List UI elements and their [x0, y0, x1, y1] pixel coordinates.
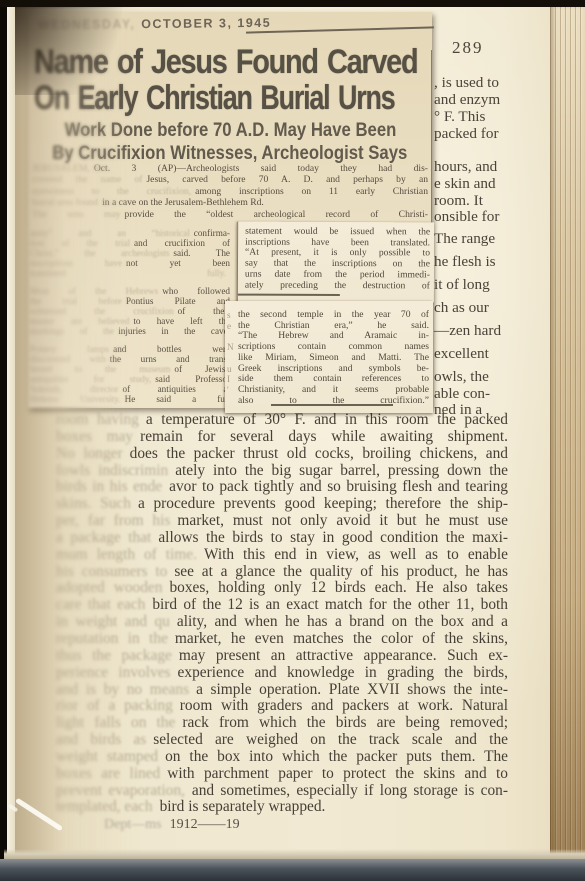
- book-text-line: adopted woodenboxes, holding only 12 bir…: [56, 580, 508, 597]
- book-text-fragment-line: , is used to: [434, 74, 499, 92]
- book-text-line: his consumers tosee at a glance the qual…: [56, 564, 508, 581]
- faded-text: adopted wooden: [56, 579, 162, 596]
- faded-text: mum length of time.: [56, 546, 197, 563]
- book-page-edges: [550, 5, 585, 881]
- clipping-subhead-line1: Work Done before 70 A.D. May Have Been: [28, 120, 432, 142]
- book-text-line: reputation in themarket, he even matches…: [56, 631, 508, 648]
- faded-text: anity” and an “historical: [30, 228, 190, 238]
- book-text-line: thus the packagemay present an attractiv…: [56, 648, 508, 665]
- clipping-text-line: JERUSALEM,Oct. 3 (AP)—Archeologists said…: [32, 163, 428, 174]
- book-text-line: a package thatallows the birds to stay i…: [56, 530, 508, 547]
- clipping-text-line: discovered withthe urns and trans-: [30, 354, 230, 364]
- book-text-fragment-line: ch as our: [434, 299, 489, 317]
- book-text-line: room havinga temperature of 30° F. and i…: [56, 412, 508, 429]
- clipping-text-line: Christ,” the archeologistssaid. The: [30, 248, 230, 258]
- clipping-text-line: The urns mayprovide the “oldest archeolo…: [32, 209, 428, 220]
- scan-top-border: [0, 0, 585, 7]
- clipping-text-line: eyewitness to the crucifixion,among insc…: [32, 186, 428, 197]
- book-text-fragment-line: —zen hard: [434, 322, 501, 340]
- clipping-headline-line2: On Early Christian Burial Urns: [34, 79, 432, 118]
- clipping-text-line: antiquities for study,said Professor: [30, 374, 230, 384]
- faded-text: The urns may: [32, 209, 121, 220]
- book-text-line: templated, eachbird is separately wrappe…: [56, 799, 508, 816]
- faded-text: birds in his ende: [56, 478, 162, 495]
- faded-text: discovered with: [30, 354, 106, 364]
- faded-text: ferred to the museum: [30, 364, 170, 374]
- faded-text: Dept—ms: [104, 817, 162, 832]
- stray-letter: I: [227, 374, 238, 385]
- book-text-fragments: , is used toand enzym° F. Thispacked for…: [434, 0, 510, 450]
- inset2-lines: sthe second temple in the year 70 ofethe…: [225, 301, 433, 406]
- faded-text: master are believed: [30, 316, 129, 326]
- book-text-line: and birds asselected are weighed on the …: [56, 732, 508, 749]
- book-text-line: light falls on therack from which the bi…: [56, 715, 508, 732]
- clipping-text-line: markings of theinjuries in the cave.: [30, 326, 230, 336]
- book-text-line: skins. Sucha procedure prevents good kee…: [56, 496, 508, 513]
- clipping-text-line: Sukenik, directorof antiquities at: [30, 384, 230, 394]
- book-text-fragment-line: The range: [434, 230, 495, 248]
- book-text-line: boxes mayremain for several days while a…: [56, 429, 508, 446]
- faded-text: and is by no means: [56, 681, 189, 698]
- clipping-text-line: master are believedto have left the: [30, 316, 230, 326]
- book-text-fragment-line: e skin and: [434, 175, 496, 193]
- faded-text: in weight and qu: [56, 613, 170, 630]
- faded-text: rior of a packing: [56, 697, 173, 714]
- book-text-line: fowls indiscriminately into the big suga…: [56, 463, 508, 480]
- faded-text: Hebrew University.: [30, 394, 121, 404]
- clipping-text-line: ately preceding the destruction of: [245, 280, 430, 292]
- clipping-text-line: Pottery lampsand bottles were: [30, 344, 230, 354]
- faded-text: boxes may: [56, 428, 133, 445]
- faded-text: care that each: [56, 596, 145, 613]
- book-text-line: and is by no meansa simple operation. Pl…: [56, 682, 508, 699]
- section-rule: [238, 294, 340, 296]
- clipping-text-line: Most of the Hebrewswho followed: [30, 286, 230, 296]
- scanned-book-page: 289 , is used toand enzym° F. Thispacked…: [0, 0, 585, 881]
- faded-text: room having: [56, 411, 139, 428]
- faded-text: and birds as: [56, 731, 146, 748]
- faded-text: tion of the trial: [30, 238, 130, 248]
- clipping-headline-line1: Name of Jesus Found Carved: [34, 43, 432, 82]
- faded-text: prevent evaporation,: [56, 782, 185, 799]
- stray-letter: [227, 331, 238, 342]
- clipping-text-line: tion of the trialand crucifixion of: [30, 238, 230, 248]
- faded-text: boxes are lined: [56, 765, 160, 782]
- faded-text: Pottery lamps: [30, 344, 109, 354]
- clipping-text-line: the trial beforePontius Pilate and: [30, 296, 230, 306]
- clipping-text-line: anity” and an “historicalconfirma-: [30, 228, 230, 238]
- book-text-fragment-line: packed for: [434, 125, 499, 143]
- book-text-line: care that eachbird of the 12 is an exact…: [56, 597, 508, 614]
- book-paragraph: room havinga temperature of 30° F. and i…: [56, 412, 508, 816]
- faded-text: No longer: [56, 445, 123, 462]
- stray-letter: s: [227, 310, 238, 321]
- faded-text: Sukenik, director: [30, 384, 118, 394]
- book-text-fragment-line: he flesh is: [434, 253, 496, 271]
- clipping-inset-scrap-1: statement would be issued when theinscri…: [237, 222, 434, 303]
- book-text-line: prevent evaporation,and sometimes, espec…: [56, 783, 508, 800]
- book-text-line: No longerdoes the packer thrust old cock…: [56, 446, 508, 463]
- book-text-line: perience involvesexperience and knowledg…: [56, 665, 508, 682]
- faded-text: skins. Such: [56, 495, 131, 512]
- faded-text: burial urns found: [32, 197, 98, 208]
- page-left-edge-highlight: [6, 4, 15, 864]
- clipping-text-line: inscriptions havenot yet been: [30, 258, 230, 268]
- stray-letter: u: [227, 364, 238, 375]
- book-text-fragment-line: owls, the: [434, 368, 489, 386]
- book-text-fragment-line: hours, and: [434, 158, 497, 176]
- stray-letter: e: [227, 321, 238, 332]
- faded-text: JERUSALEM,: [32, 163, 90, 174]
- clipping-text-line: covered the name ofJesus, carved before …: [32, 174, 428, 185]
- faded-text: templated, each: [56, 798, 153, 815]
- book-text-line: birds in his endeavor to pack tightly an…: [56, 479, 508, 496]
- faded-text: Christ,” the archeologists: [30, 248, 169, 258]
- faded-text: thus the package: [56, 647, 172, 664]
- faded-text: light falls on the: [56, 714, 175, 731]
- faded-text: markings of the: [30, 326, 114, 336]
- stray-letter: [227, 353, 238, 364]
- section-rule: [271, 404, 393, 406]
- faded-text: reputation in the: [56, 630, 168, 647]
- stray-letter: N: [227, 342, 238, 353]
- clipping-text-line: like Miriam, Simeon and Matti. The: [227, 353, 429, 364]
- scan-bottom-border: [0, 859, 585, 881]
- clipping-text-line: [30, 336, 230, 344]
- book-text-fragment-line: ° F. This: [434, 108, 485, 126]
- faded-text: per, far from his: [56, 512, 170, 529]
- book-text-line: boxes are linedwith parchment paper to p…: [56, 766, 508, 783]
- stray-letter: ': [227, 385, 238, 396]
- book-text-fragment-line: and enzym: [434, 91, 500, 109]
- faded-text: the trial before: [30, 296, 122, 306]
- clipping-text-line: Hebrew University.He said a full: [30, 394, 230, 404]
- book-text-fragment-line: it of long: [434, 276, 490, 294]
- faded-text: perience involves: [56, 664, 171, 681]
- clipping-dateline: WEDNESDAY,OCTOBER 3, 1945: [38, 16, 271, 32]
- stray-letter: [227, 396, 238, 407]
- faded-text: inscriptions have: [30, 258, 122, 268]
- book-text-line: in weight and quality, and when he has a…: [56, 614, 508, 631]
- clipping-text-line: translated fully.: [30, 268, 230, 278]
- book-text-fragment-line: onsible for: [434, 208, 499, 226]
- clipping-text-line: [30, 278, 230, 286]
- clipping-text-line: ferred to the museumof Jewish: [30, 364, 230, 374]
- faded-text: antiquities for study,: [30, 374, 151, 384]
- faded-text: his consumers to: [56, 563, 167, 580]
- book-text-line: rior of a packingroom with graders and p…: [56, 698, 508, 715]
- faded-text: eyewitness to the crucifixion,: [32, 186, 191, 197]
- scan-left-border: [0, 0, 7, 881]
- faded-text: covered the name of: [32, 174, 142, 185]
- clipping-subhead-line2: By Crucifixion Witnesses, Archeologist S…: [28, 143, 432, 165]
- faded-text: weight stamped: [56, 748, 158, 765]
- book-text-line: weight stampedon the box into which the …: [56, 749, 508, 766]
- clipping-left-column: anity” and an “historicalconfirma-tion o…: [30, 228, 230, 404]
- faded-text: translated fully.: [30, 268, 226, 278]
- faded-text: fowls indiscrimin: [56, 462, 168, 479]
- book-text-line: per, far from hismarket, must not only a…: [56, 513, 508, 530]
- clipping-text-line: burial urns foundin a cave on the Jerusa…: [32, 197, 428, 208]
- inset1-lines: statement would be issued when theinscri…: [238, 222, 434, 292]
- faded-text: witnessed the crucifixion: [30, 306, 174, 316]
- faded-text: WEDNESDAY,: [38, 17, 135, 32]
- faded-text: Most of the Hebrews: [30, 286, 158, 296]
- book-text-line: mum length of time.With this end in view…: [56, 547, 508, 564]
- book-text-fragment-line: excellent: [434, 345, 489, 363]
- book-footer-signature: Dept—ms1912——19: [104, 817, 240, 833]
- faded-text: a package that: [56, 529, 151, 546]
- dateline-rule: [246, 26, 434, 33]
- clipping-inset-scrap-2: sthe second temple in the year 70 ofethe…: [225, 301, 433, 413]
- clipping-text-line: witnessed the crucifixionof their: [30, 306, 230, 316]
- clipping-intro-paragraph: JERUSALEM,Oct. 3 (AP)—Archeologists said…: [32, 163, 428, 220]
